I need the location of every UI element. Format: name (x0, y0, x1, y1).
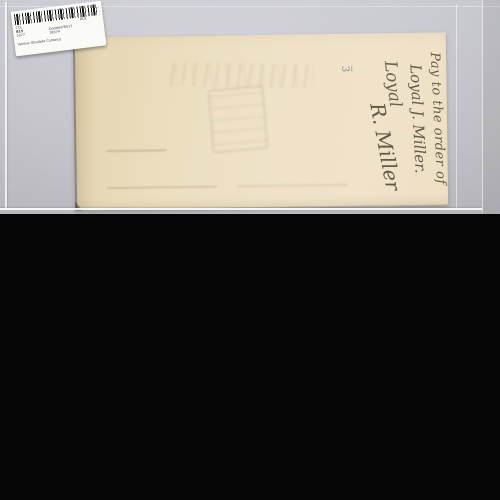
showthrough-stamp (207, 85, 268, 153)
label-barcode-code: DL9 (80, 17, 87, 22)
showthrough-line (107, 186, 217, 190)
showthrough-script (168, 62, 314, 89)
sleeve-left-edge (5, 2, 7, 210)
label-bottom-line: Various Obsolete Currency (17, 37, 61, 46)
sleeve-right-edge (456, 4, 457, 209)
check-back: Pay to the order of Loyal J. Miller. Loy… (73, 32, 448, 210)
showthrough-line (106, 149, 166, 152)
sleeve-outer-right-edge (482, 0, 483, 212)
check-corner-fold (75, 201, 82, 210)
showthrough-line (237, 184, 347, 188)
sleeve-bottom-edge (0, 208, 482, 210)
photo-area: Pay to the order of Loyal J. Miller. Loy… (0, 0, 500, 214)
label-col1-line-3: 1977 (16, 33, 25, 38)
pencil-mark: 3 (339, 66, 352, 73)
endorsement-block: Pay to the order of Loyal J. Miller. Loy… (336, 38, 446, 199)
sleeve-right-shade (483, 0, 500, 214)
label-col2-line-2: 38374 (49, 30, 60, 35)
